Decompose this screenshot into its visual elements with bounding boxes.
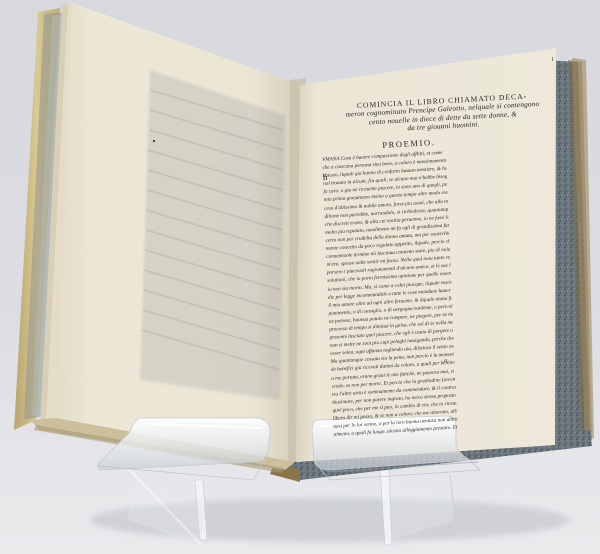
- body-text-block: VMANA Cosa è hauere compassione degli af…: [322, 149, 458, 439]
- foxing-spot: [153, 140, 155, 142]
- book-illustration: [0, 0, 600, 554]
- photo-scene: 1 COMINCIA IL LIBRO CHIAMATO DECA- meron…: [0, 0, 600, 554]
- folio-number: 1: [551, 57, 554, 63]
- signature-mark: a: [444, 358, 447, 364]
